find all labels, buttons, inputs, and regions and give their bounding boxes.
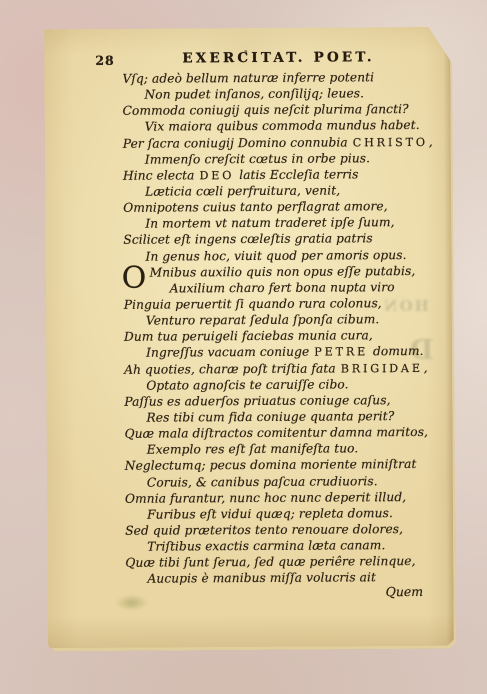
letterspaced-name: CHRISTO [353,135,428,148]
line-text: In genus hoc, viuit quod per amoris opus… [145,248,406,264]
line-text: Quæ tibi ſunt ſerua, ſed quæ periêre rel… [125,554,415,570]
poem-line: Pinguia peruertit ſi quando rura colonus… [124,295,446,313]
poem-line: Non pudet inſanos, conſilijq; leues. [144,85,444,103]
poem-line: Omnia furantur, nunc hoc nunc deperit il… [125,488,447,506]
line-text: Neglectumq; pecus domina moriente miniſt… [125,457,417,473]
poem-line: Res tibi cum fida coniuge quanta perit? [146,408,446,426]
line-text: Scilicet eſt ingens cœleſtis gratia patr… [123,232,372,248]
line-text: Omnipotens cuius tanto perflagrat amore, [123,199,388,215]
poem-line: Coruis, & canibus paſcua crudiuoris. [147,472,447,490]
line-text: Non pudet inſanos, conſilijq; leues. [144,86,364,101]
line-text: Hinc electa [123,168,199,182]
line-text: Dum tua peruigeli faciebas munia cura, [124,328,373,344]
line-text: Commoda coniugij quis neſcit plurima ſan… [123,102,409,118]
running-title: EXERCITAT. POET. [182,49,375,66]
line-text: Aucupis è manibus miſſa volucris ait [147,571,376,586]
poem-line: Optato agnoſcis te caruiſſe cibo. [146,375,446,393]
line-text: , [429,134,433,148]
letterspaced-name: PETRE [314,346,368,359]
poem-line: Omnipotens cuius tanto perflagrat amore, [123,198,445,216]
line-text: Triſtibus exactis carmina læta canam. [147,538,385,553]
line-text: latis Eccleſia terris [235,167,358,182]
poem-line: Paſſus es aduerſos priuatus coniuge caſu… [124,392,446,410]
line-text: Auxilium charo fert bona nupta viro [170,280,395,295]
poem-line: Quæ tibi ſunt ſerua, ſed quæ periêre rel… [125,553,447,571]
stain [116,595,148,611]
line-text: Res tibi cum fida coniuge quanta perit? [146,409,394,425]
line-text: Ah quoties, charæ poſt triſtia fata [124,361,340,376]
poem-line: Immenſo creſcit cœtus in orbe pius. [145,150,445,168]
poem-line: Sed quid præteritos tento renouare dolor… [125,521,447,539]
line-text: In mortem vt natum traderet ipſe ſuum, [145,215,394,231]
catchword: Quem [386,584,424,599]
line-text: Mnibus auxilio quis non opus eſſe putabi… [150,264,416,280]
letterspaced-name: BRIGIDAE [341,361,423,375]
line-text: Paſſus es aduerſos priuatus coniuge caſu… [124,393,390,409]
poem-text: Vſq; adeò bellum naturæ inferre potentiN… [122,69,447,587]
poem-line: Auxilium charo fert bona nupta viro [170,279,446,297]
book-page: HOND 28 EXERCITAT. POET. Vſq; adeò bellu… [44,27,454,648]
scan-background: HOND 28 EXERCITAT. POET. Vſq; adeò bellu… [0,0,487,694]
line-text: Læticia cœli perfruitura, venit, [145,183,340,198]
line-text: Coruis, & canibus paſcua crudiuoris. [147,474,378,489]
page-number: 28 [95,53,114,68]
line-text: Furibus eſt vidui quæq; repleta domus. [147,506,393,522]
poem-line: Læticia cœli perfruitura, venit, [145,182,445,200]
line-text: Vix maiora quibus commoda mundus habet. [145,118,420,134]
line-text: Venturo reparat ſedula ſponſa cibum. [146,312,380,327]
poem-line: Exemplo res eſt ſat manifeſta tuo. [147,440,447,458]
line-text: Ingreſſus vacuam coniuge [146,345,313,360]
poem-line: Ingreſſus vacuam coniuge PETRE domum. [146,343,446,361]
poem-line: Ah quoties, charæ poſt triſtia fata BRIG… [124,359,446,377]
poem-line: Furibus eſt vidui quæq; repleta domus. [147,505,447,523]
line-text: Vſq; adeò bellum naturæ inferre potenti [122,70,374,86]
poem-line: Hinc electa DEO latis Eccleſia terris [123,166,445,184]
line-text: Sed quid præteritos tento renouare dolor… [125,522,403,538]
line-text: Per ſacra coniugij Domino connubia [123,135,352,150]
line-text: Optato agnoſcis te caruiſſe cibo. [146,377,348,392]
letterspaced-name: DEO [199,169,234,182]
drop-cap-initial: O [122,263,147,293]
line-text: , [424,360,428,374]
line-text: domum. [369,344,424,358]
poem-line: Neglectumq; pecus domina moriente miniſt… [125,456,447,474]
line-text: Exemplo res eſt ſat manifeſta tuo. [147,442,359,457]
poem-line: Triſtibus exactis carmina læta canam. [147,537,447,555]
poem-line: Vſq; adeò bellum naturæ inferre potenti [122,69,444,87]
line-text: Omnia furantur, nunc hoc nunc deperit il… [125,490,406,506]
line-text: Quæ mala diſtractos comitentur damna mar… [125,425,429,441]
poem-line: Per ſacra coniugij Domino connubia CHRIS… [123,133,445,151]
poem-line: Venturo reparat ſedula ſponſa cibum. [146,311,446,329]
poem-line: OMnibus auxilio quis non opus eſſe putab… [124,262,446,280]
ink-speck [244,50,247,53]
poem-line: Dum tua peruigeli faciebas munia cura, [124,327,446,345]
poem-line: In mortem vt natum traderet ipſe ſuum, [145,214,445,232]
line-text: Immenſo creſcit cœtus in orbe pius. [145,151,370,166]
poem-line: Vix maiora quibus commoda mundus habet. [145,117,445,135]
line-text: Pinguia peruertit ſi quando rura colonus… [124,296,382,312]
poem-line: In genus hoc, viuit quod per amoris opus… [145,246,445,264]
poem-line: Quæ mala diſtractos comitentur damna mar… [125,424,447,442]
poem-line: Scilicet eſt ingens cœleſtis gratia patr… [123,230,445,248]
poem-line: Commoda coniugij quis neſcit plurima ſan… [123,101,445,119]
